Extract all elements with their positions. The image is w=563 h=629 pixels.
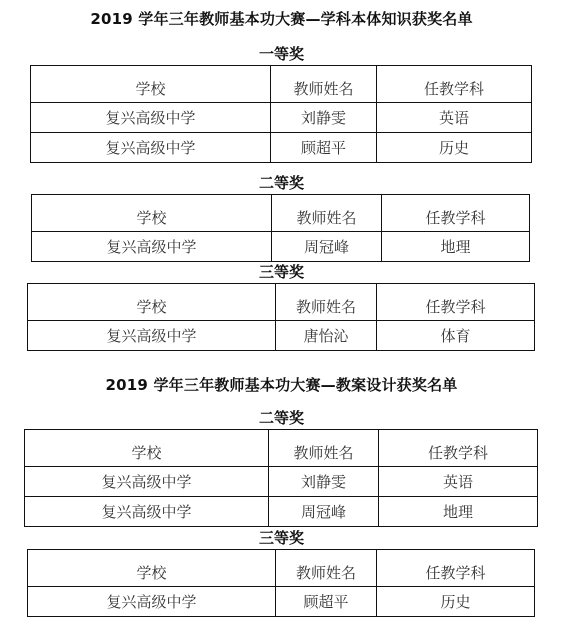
header-school: 学校 (28, 284, 276, 321)
cell-teacher-name: 周冠峰 (269, 497, 379, 527)
cell-school: 复兴高级中学 (25, 467, 269, 497)
header-subject: 任教学科 (377, 550, 535, 587)
table-header-row: 学校 教师姓名 任教学科 (28, 550, 535, 587)
cell-school: 复兴高级中学 (31, 103, 271, 133)
award-table-second-prize: 学校 教师姓名 任教学科 复兴高级中学 刘静雯 英语 复兴高级中学 周冠峰 地理 (24, 429, 538, 527)
cell-school: 复兴高级中学 (28, 321, 276, 351)
table-row: 复兴高级中学 周冠峰 地理 (32, 232, 530, 262)
header-subject: 任教学科 (379, 430, 538, 467)
cell-school: 复兴高级中学 (25, 497, 269, 527)
cell-teacher-name: 顾超平 (271, 133, 377, 163)
cell-subject: 英语 (377, 103, 532, 133)
header-subject: 任教学科 (377, 284, 535, 321)
header-school: 学校 (25, 430, 269, 467)
cell-subject: 体育 (377, 321, 535, 351)
cell-subject: 历史 (377, 133, 532, 163)
table-header-row: 学校 教师姓名 任教学科 (25, 430, 538, 467)
table-row: 复兴高级中学 刘静雯 英语 (25, 467, 538, 497)
cell-subject: 历史 (377, 587, 535, 617)
cell-teacher-name: 刘静雯 (271, 103, 377, 133)
cell-teacher-name: 唐怡沁 (276, 321, 377, 351)
table-row: 复兴高级中学 唐怡沁 体育 (28, 321, 535, 351)
table-row: 复兴高级中学 周冠峰 地理 (25, 497, 538, 527)
header-school: 学校 (32, 195, 272, 232)
cell-subject: 地理 (379, 497, 538, 527)
table-row: 复兴高级中学 顾超平 历史 (28, 587, 535, 617)
cell-teacher-name: 周冠峰 (272, 232, 382, 262)
header-teacher-name: 教师姓名 (271, 66, 377, 103)
cell-subject: 英语 (379, 467, 538, 497)
header-teacher-name: 教师姓名 (276, 550, 377, 587)
table-row: 复兴高级中学 刘静雯 英语 (31, 103, 532, 133)
award-table-third-prize: 学校 教师姓名 任教学科 复兴高级中学 唐怡沁 体育 (27, 283, 535, 351)
award-heading-third-prize: 三等奖 (0, 261, 563, 282)
header-teacher-name: 教师姓名 (276, 284, 377, 321)
award-heading-third-prize: 三等奖 (0, 527, 563, 548)
table-header-row: 学校 教师姓名 任教学科 (28, 284, 535, 321)
award-heading-first-prize: 一等奖 (0, 43, 563, 64)
table-row: 复兴高级中学 顾超平 历史 (31, 133, 532, 163)
header-school: 学校 (31, 66, 271, 103)
cell-teacher-name: 顾超平 (276, 587, 377, 617)
award-heading-second-prize: 二等奖 (0, 172, 563, 193)
header-teacher-name: 教师姓名 (272, 195, 382, 232)
header-teacher-name: 教师姓名 (269, 430, 379, 467)
award-table-first-prize: 学校 教师姓名 任教学科 复兴高级中学 刘静雯 英语 复兴高级中学 顾超平 历史 (30, 65, 532, 163)
section-title-lesson-plan-design: 2019 学年三年教师基本功大赛—教案设计获奖名单 (0, 374, 563, 395)
award-table-second-prize: 学校 教师姓名 任教学科 复兴高级中学 周冠峰 地理 (31, 194, 530, 262)
award-table-third-prize: 学校 教师姓名 任教学科 复兴高级中学 顾超平 历史 (27, 549, 535, 617)
header-school: 学校 (28, 550, 276, 587)
cell-school: 复兴高级中学 (28, 587, 276, 617)
header-subject: 任教学科 (382, 195, 530, 232)
cell-teacher-name: 刘静雯 (269, 467, 379, 497)
header-subject: 任教学科 (377, 66, 532, 103)
cell-school: 复兴高级中学 (32, 232, 272, 262)
cell-school: 复兴高级中学 (31, 133, 271, 163)
table-header-row: 学校 教师姓名 任教学科 (31, 66, 532, 103)
cell-subject: 地理 (382, 232, 530, 262)
section-title-subject-knowledge: 2019 学年三年教师基本功大赛—学科本体知识获奖名单 (0, 8, 563, 29)
table-header-row: 学校 教师姓名 任教学科 (32, 195, 530, 232)
award-heading-second-prize: 二等奖 (0, 407, 563, 428)
